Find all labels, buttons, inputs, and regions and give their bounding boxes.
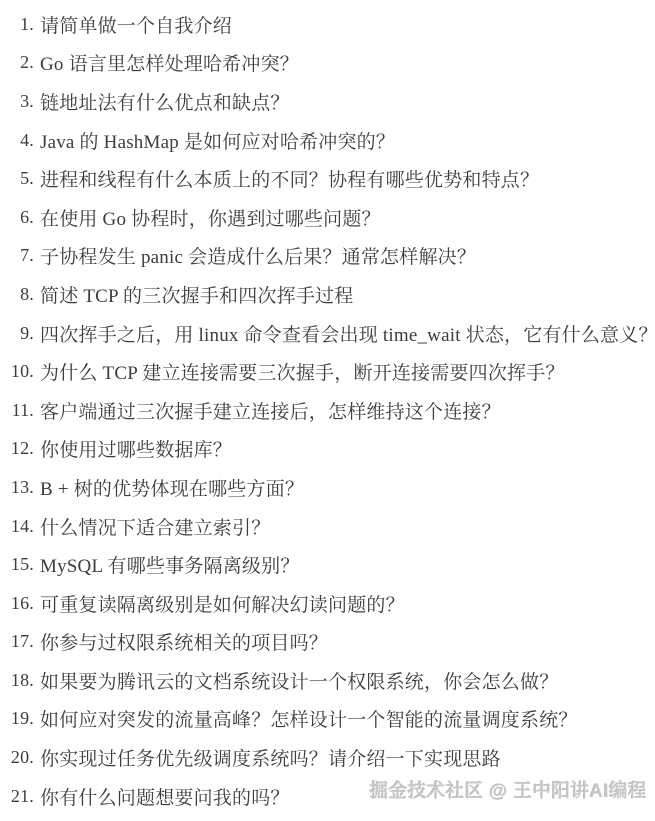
- question-number: 17.: [0, 631, 34, 652]
- question-number: 13.: [0, 477, 34, 498]
- question-number: 9.: [0, 323, 34, 344]
- question-number: 7.: [0, 245, 34, 266]
- question-text: 简述 TCP 的三次握手和四次挥手过程: [40, 281, 353, 308]
- question-text: Go 语言里怎样处理哈希冲突？: [40, 49, 299, 76]
- question-item: 14. 什么情况下适合建立索引？: [0, 507, 655, 546]
- question-number: 12.: [0, 438, 34, 459]
- question-number: 1.: [0, 14, 34, 35]
- page: { "page": { "background": "#ffffff", "te…: [0, 0, 655, 821]
- question-text: Java 的 HashMap 是如何应对哈希冲突的？: [40, 127, 395, 154]
- question-number: 5.: [0, 168, 34, 189]
- question-text: 四次挥手之后，用 linux 命令查看会出现 time_wait 状态，它有什么…: [40, 320, 655, 347]
- question-text: 客户端通过三次握手建立连接后，怎样维持这个连接？: [40, 397, 501, 424]
- question-number: 2.: [0, 52, 34, 73]
- question-number: 10.: [0, 361, 34, 382]
- question-text: 如何应对突发的流量高峰？怎样设计一个智能的流量调度系统？: [40, 705, 578, 732]
- question-text: B + 树的优势体现在哪些方面？: [40, 474, 304, 501]
- question-text: 请简单做一个自我介绍: [40, 11, 232, 38]
- question-number: 15.: [0, 554, 34, 575]
- question-text: 子协程发生 panic 会造成什么后果？通常怎样解决？: [40, 242, 476, 269]
- question-number: 20.: [0, 747, 34, 768]
- question-item: 2. Go 语言里怎样处理哈希冲突？: [0, 44, 655, 83]
- question-number: 18.: [0, 670, 34, 691]
- question-item: 1. 请简单做一个自我介绍: [0, 5, 655, 44]
- question-item: 18. 如果要为腾讯云的文档系统设计一个权限系统，你会怎么做？: [0, 661, 655, 700]
- question-item: 3. 链地址法有什么优点和缺点？: [0, 82, 655, 121]
- question-list: 1. 请简单做一个自我介绍 2. Go 语言里怎样处理哈希冲突？ 3. 链地址法…: [0, 0, 655, 815]
- question-text: MySQL 有哪些事务隔离级别？: [40, 551, 300, 578]
- question-item: 16. 可重复读隔离级别是如何解决幻读问题的？: [0, 584, 655, 623]
- question-item: 5. 进程和线程有什么本质上的不同？协程有哪些优势和特点？: [0, 159, 655, 198]
- question-item: 15. MySQL 有哪些事务隔离级别？: [0, 545, 655, 584]
- question-item: 6. 在使用 Go 协程时，你遇到过哪些问题？: [0, 198, 655, 237]
- question-text: 什么情况下适合建立索引？: [40, 513, 270, 540]
- question-number: 16.: [0, 593, 34, 614]
- question-number: 8.: [0, 284, 34, 305]
- question-item: 12. 你使用过哪些数据库？: [0, 430, 655, 469]
- question-number: 3.: [0, 91, 34, 112]
- question-text: 可重复读隔离级别是如何解决幻读问题的？: [40, 590, 405, 617]
- question-item: 10. 为什么 TCP 建立连接需要三次握手，断开连接需要四次挥手？: [0, 352, 655, 391]
- question-item: 9. 四次挥手之后，用 linux 命令查看会出现 time_wait 状态，它…: [0, 314, 655, 353]
- question-item: 19. 如何应对突发的流量高峰？怎样设计一个智能的流量调度系统？: [0, 700, 655, 739]
- question-text: 你有什么问题想要问我的吗？: [40, 783, 290, 810]
- question-text: 链地址法有什么优点和缺点？: [40, 88, 290, 115]
- question-number: 21.: [0, 786, 34, 807]
- question-text: 如果要为腾讯云的文档系统设计一个权限系统，你会怎么做？: [40, 667, 558, 694]
- question-number: 14.: [0, 516, 34, 537]
- question-text: 进程和线程有什么本质上的不同？协程有哪些优势和特点？: [40, 165, 539, 192]
- question-item: 20. 你实现过任务优先级调度系统吗？请介绍一下实现思路: [0, 738, 655, 777]
- question-item: 8. 简述 TCP 的三次握手和四次挥手过程: [0, 275, 655, 314]
- question-number: 11.: [0, 400, 34, 421]
- question-text: 为什么 TCP 建立连接需要三次握手，断开连接需要四次挥手？: [40, 358, 565, 385]
- question-text: 你参与过权限系统相关的项目吗？: [40, 628, 328, 655]
- question-item: 17. 你参与过权限系统相关的项目吗？: [0, 623, 655, 662]
- question-number: 19.: [0, 708, 34, 729]
- question-number: 4.: [0, 130, 34, 151]
- question-item: 4. Java 的 HashMap 是如何应对哈希冲突的？: [0, 121, 655, 160]
- question-text: 你实现过任务优先级调度系统吗？请介绍一下实现思路: [40, 744, 501, 771]
- question-item: 13. B + 树的优势体现在哪些方面？: [0, 468, 655, 507]
- question-item: 11. 客户端通过三次握手建立连接后，怎样维持这个连接？: [0, 391, 655, 430]
- question-text: 你使用过哪些数据库？: [40, 435, 232, 462]
- watermark: 掘金技术社区 @ 王中阳讲AI编程: [370, 777, 647, 803]
- question-number: 6.: [0, 207, 34, 228]
- question-item: 7. 子协程发生 panic 会造成什么后果？通常怎样解决？: [0, 237, 655, 276]
- question-text: 在使用 Go 协程时，你遇到过哪些问题？: [40, 204, 381, 231]
